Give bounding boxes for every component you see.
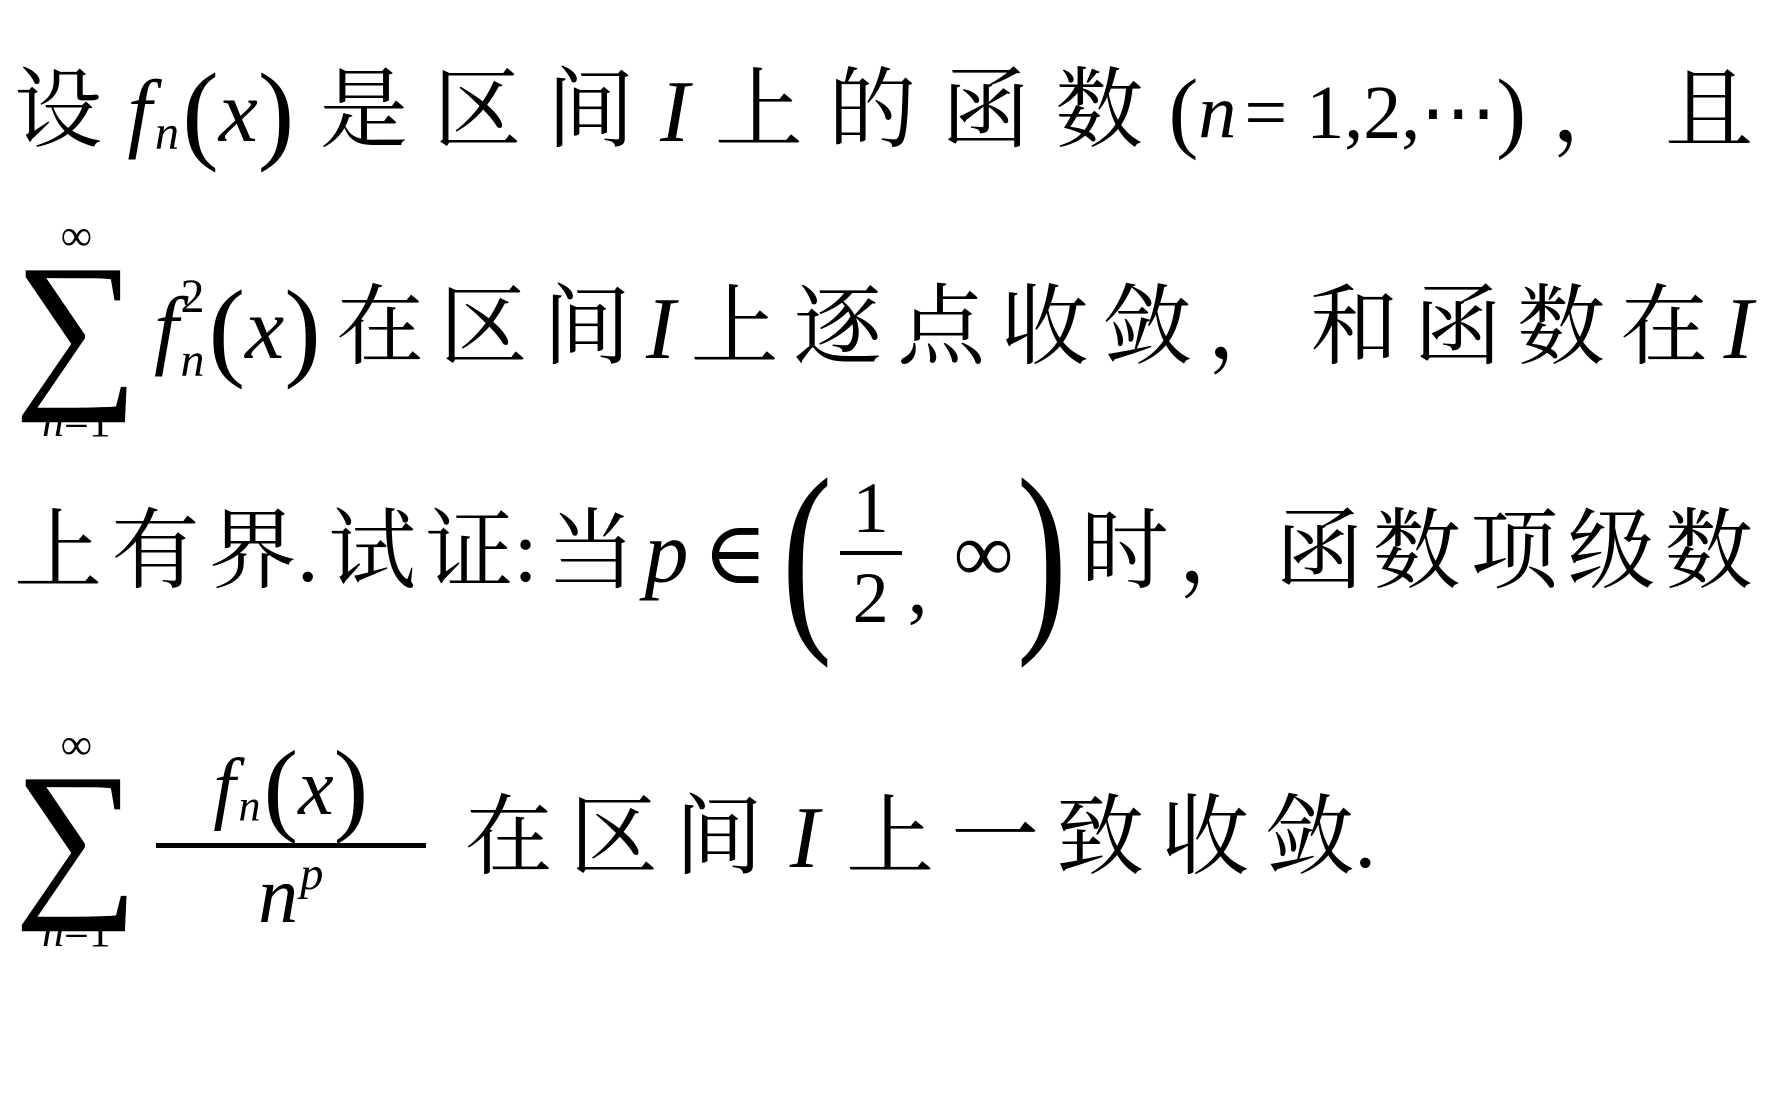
left-paren: (: [182, 63, 219, 162]
math-interval-I: I: [646, 279, 675, 380]
summation-lower-limit: n =1: [42, 910, 111, 954]
text-char: 试: [328, 509, 416, 597]
math-problem-page: 设 f n ( x ) 是 区 间 I 上 的 函 数 ( n = 1,2,⋯ …: [0, 0, 1767, 1104]
text-char: 敛: [1104, 285, 1192, 373]
text-char: 上: [691, 285, 779, 373]
comma: ，: [1207, 285, 1295, 373]
math-index-range: ( n = 1,2,⋯ ): [1169, 67, 1527, 157]
right-paren: ): [258, 63, 295, 162]
text-char: 界.: [209, 509, 319, 597]
text-char: 上: [715, 68, 803, 156]
text-char: 区: [570, 795, 658, 883]
big-right-paren: ): [1017, 480, 1067, 627]
problem-line-1: 设 f n ( x ) 是 区 间 I 上 的 函 数 ( n = 1,2,⋯ …: [14, 6, 1753, 218]
text-char: 数: [1055, 68, 1143, 156]
sigma-glyph: ∑: [14, 258, 139, 395]
text-char: 证:: [425, 509, 537, 597]
text-char: 致: [1056, 795, 1144, 883]
math-variable-p: p: [645, 503, 689, 604]
text-char: 在: [336, 285, 424, 373]
fraction-numerator: 1: [853, 472, 889, 544]
fraction-denominator: 2: [853, 562, 889, 634]
lower-limit-value: =1: [64, 400, 111, 444]
math-variable-n: n: [42, 400, 64, 444]
problem-line-2: ∞ ∑ n =1 f 2 n ( x ) 在 区 间 I 上 逐 点 收 敛 ，…: [14, 218, 1753, 440]
text-char: 间: [675, 795, 763, 883]
text-char: 数: [1517, 285, 1605, 373]
text-char: 敛.: [1266, 795, 1376, 883]
math-function-f: f: [154, 279, 178, 380]
math-variable-x: x: [219, 62, 258, 163]
right-paren: ): [1496, 72, 1526, 153]
fraction-bar: [840, 551, 902, 555]
sigma-glyph: ∑: [14, 767, 139, 904]
text-char: 项: [1470, 509, 1558, 597]
left-paren: (: [209, 280, 246, 379]
comma: ，: [1552, 68, 1640, 156]
math-subscript-n: n: [181, 337, 205, 385]
text-char: 是: [320, 68, 408, 156]
right-paren: ): [284, 280, 321, 379]
left-paren: (: [1169, 72, 1199, 153]
text-char: 收: [1001, 285, 1089, 373]
text-char: 间: [543, 285, 631, 373]
text-char: 数: [1373, 509, 1461, 597]
text-char: 函: [1414, 285, 1502, 373]
text-char: 且: [1665, 68, 1753, 156]
math-function-f: f: [213, 748, 235, 828]
text-char: 函: [942, 68, 1030, 156]
text-char: 间: [547, 68, 635, 156]
text-char: 收: [1161, 795, 1249, 883]
text-char: 当: [547, 509, 635, 597]
text-char: 点: [897, 285, 985, 373]
problem-line-4: ∞ ∑ n =1 f n ( x ) n p 在 区 间 I 上 一: [14, 666, 1753, 1011]
text-char: 函: [1275, 509, 1363, 597]
math-p-in-interval: p ∈ ( 1 2 , ∞ ): [645, 472, 1072, 634]
element-of-symbol: ∈: [703, 501, 768, 605]
lower-limit-value: =1: [64, 910, 111, 954]
problem-line-3: 上 有 界. 试 证: 当 p ∈ ( 1 2 , ∞ ) 时 ， 函 数 项 …: [14, 440, 1753, 666]
math-term-fn-squared: f 2 n ( x ): [154, 273, 321, 385]
text-char: 区: [433, 68, 521, 156]
text-char: 在: [1620, 285, 1708, 373]
text-char: 上: [846, 795, 934, 883]
summation-symbol: ∞ ∑ n =1: [14, 214, 139, 445]
text-char: 区: [439, 285, 527, 373]
math-variable-n: n: [258, 856, 298, 936]
text-char: 时: [1081, 509, 1169, 597]
math-variable-n: n: [42, 910, 64, 954]
comma: ，: [1178, 509, 1266, 597]
text-char: 在: [465, 795, 553, 883]
left-paren: (: [263, 741, 298, 835]
math-variable-n: n: [1198, 69, 1236, 156]
math-variable-x: x: [245, 279, 284, 380]
fraction-one-half: 1 2: [840, 472, 902, 634]
infinity-symbol: ∞: [954, 505, 1014, 602]
text-char: 级: [1567, 509, 1655, 597]
fraction-fn-over-np: f n ( x ) n p: [156, 741, 426, 936]
math-range-values: = 1,2,⋯: [1244, 67, 1496, 157]
math-variable-x: x: [298, 748, 334, 828]
math-interval-I: I: [660, 62, 689, 163]
comma: ,: [908, 542, 928, 633]
text-char: 一: [951, 795, 1039, 883]
fraction-denominator: n p: [258, 856, 323, 936]
math-superscript-2: 2: [181, 273, 205, 321]
math-superscript-p: p: [300, 852, 323, 898]
text-char: 和: [1310, 285, 1398, 373]
math-subscript-n: n: [155, 105, 179, 160]
text-char: 逐: [794, 285, 882, 373]
text-char: 有: [111, 509, 199, 597]
math-interval-I: I: [790, 788, 819, 889]
text-char: 数: [1665, 509, 1753, 597]
fraction-numerator: f n ( x ): [213, 741, 368, 835]
math-term-fn-x: f n ( x ): [127, 62, 294, 163]
text-char: 设: [14, 68, 102, 156]
math-subscript-n: n: [238, 784, 260, 828]
big-left-paren: (: [781, 480, 831, 627]
math-function-f: f: [127, 62, 151, 163]
summation-lower-limit: n =1: [42, 400, 111, 444]
summation-symbol: ∞ ∑ n =1: [14, 723, 139, 954]
text-char: 上: [14, 509, 102, 597]
stacked-scripts: 2 n: [181, 273, 205, 385]
right-paren: ): [334, 741, 369, 835]
fraction-bar: [156, 843, 426, 848]
text-char: 的: [828, 68, 916, 156]
math-interval-I: I: [1724, 279, 1753, 380]
